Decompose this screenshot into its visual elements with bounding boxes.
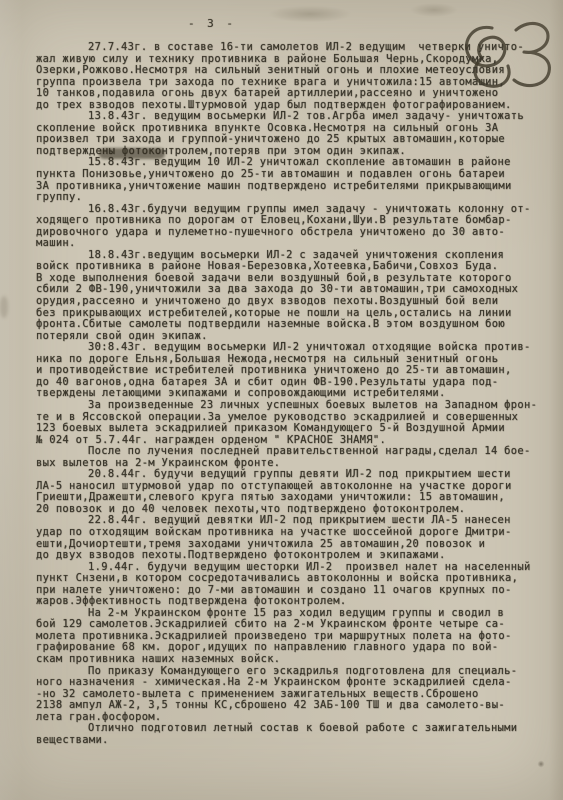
paragraph-after-award: После по лучения последней правительстве… [36, 446, 546, 469]
paragraph-20-8-44: 20.8.44г. будучи ведущий группы девяти И… [36, 469, 546, 515]
paragraph-27-7-43: 27.7.43г. в составе 16-ти самолетов ИЛ-2… [36, 42, 546, 111]
page-number: - 3 - [0, 17, 424, 30]
paragraph-red-banner-award: За произведенные 23 личных успешных боев… [36, 400, 546, 446]
paragraph-chemical-squadron: По приказу Командующего его эскадрилья п… [36, 666, 546, 724]
scanned-document-page: - 3 - 27.7.43г. в составе 16-ти самолето… [0, 0, 563, 800]
paragraph-2nd-ukrainian-front: На 2-м Украинском фронте 15 раз ходил ве… [36, 608, 546, 666]
paragraph-18-8-43: 18.8.43г.ведущим восьмерки ИЛ-2 с задаче… [36, 250, 546, 342]
paragraph-30-8-43: 30:8.43г. ведущим восьмерки ИЛ-2 уничтож… [36, 342, 546, 400]
margin-smudge [0, 296, 8, 318]
ink-blot [99, 148, 165, 159]
paragraph-incendiary-training: Отлично подготовил летный состав к боево… [36, 723, 546, 746]
paragraph-22-8-44: 22.8.44г. ведущий девятки ИЛ-2 под прикр… [36, 515, 546, 561]
paragraph-16-8-43: 16.8.43г.будучи ведущим группы имел зада… [36, 204, 546, 250]
paragraph-1-9-44: 1.9.44г. будучи ведущим шесторки ИЛ-2 пр… [36, 562, 546, 608]
paragraph-15-8-43: 15.8.43г. ведущим 10 ИЛ-2 уничтожал скоп… [36, 157, 546, 203]
